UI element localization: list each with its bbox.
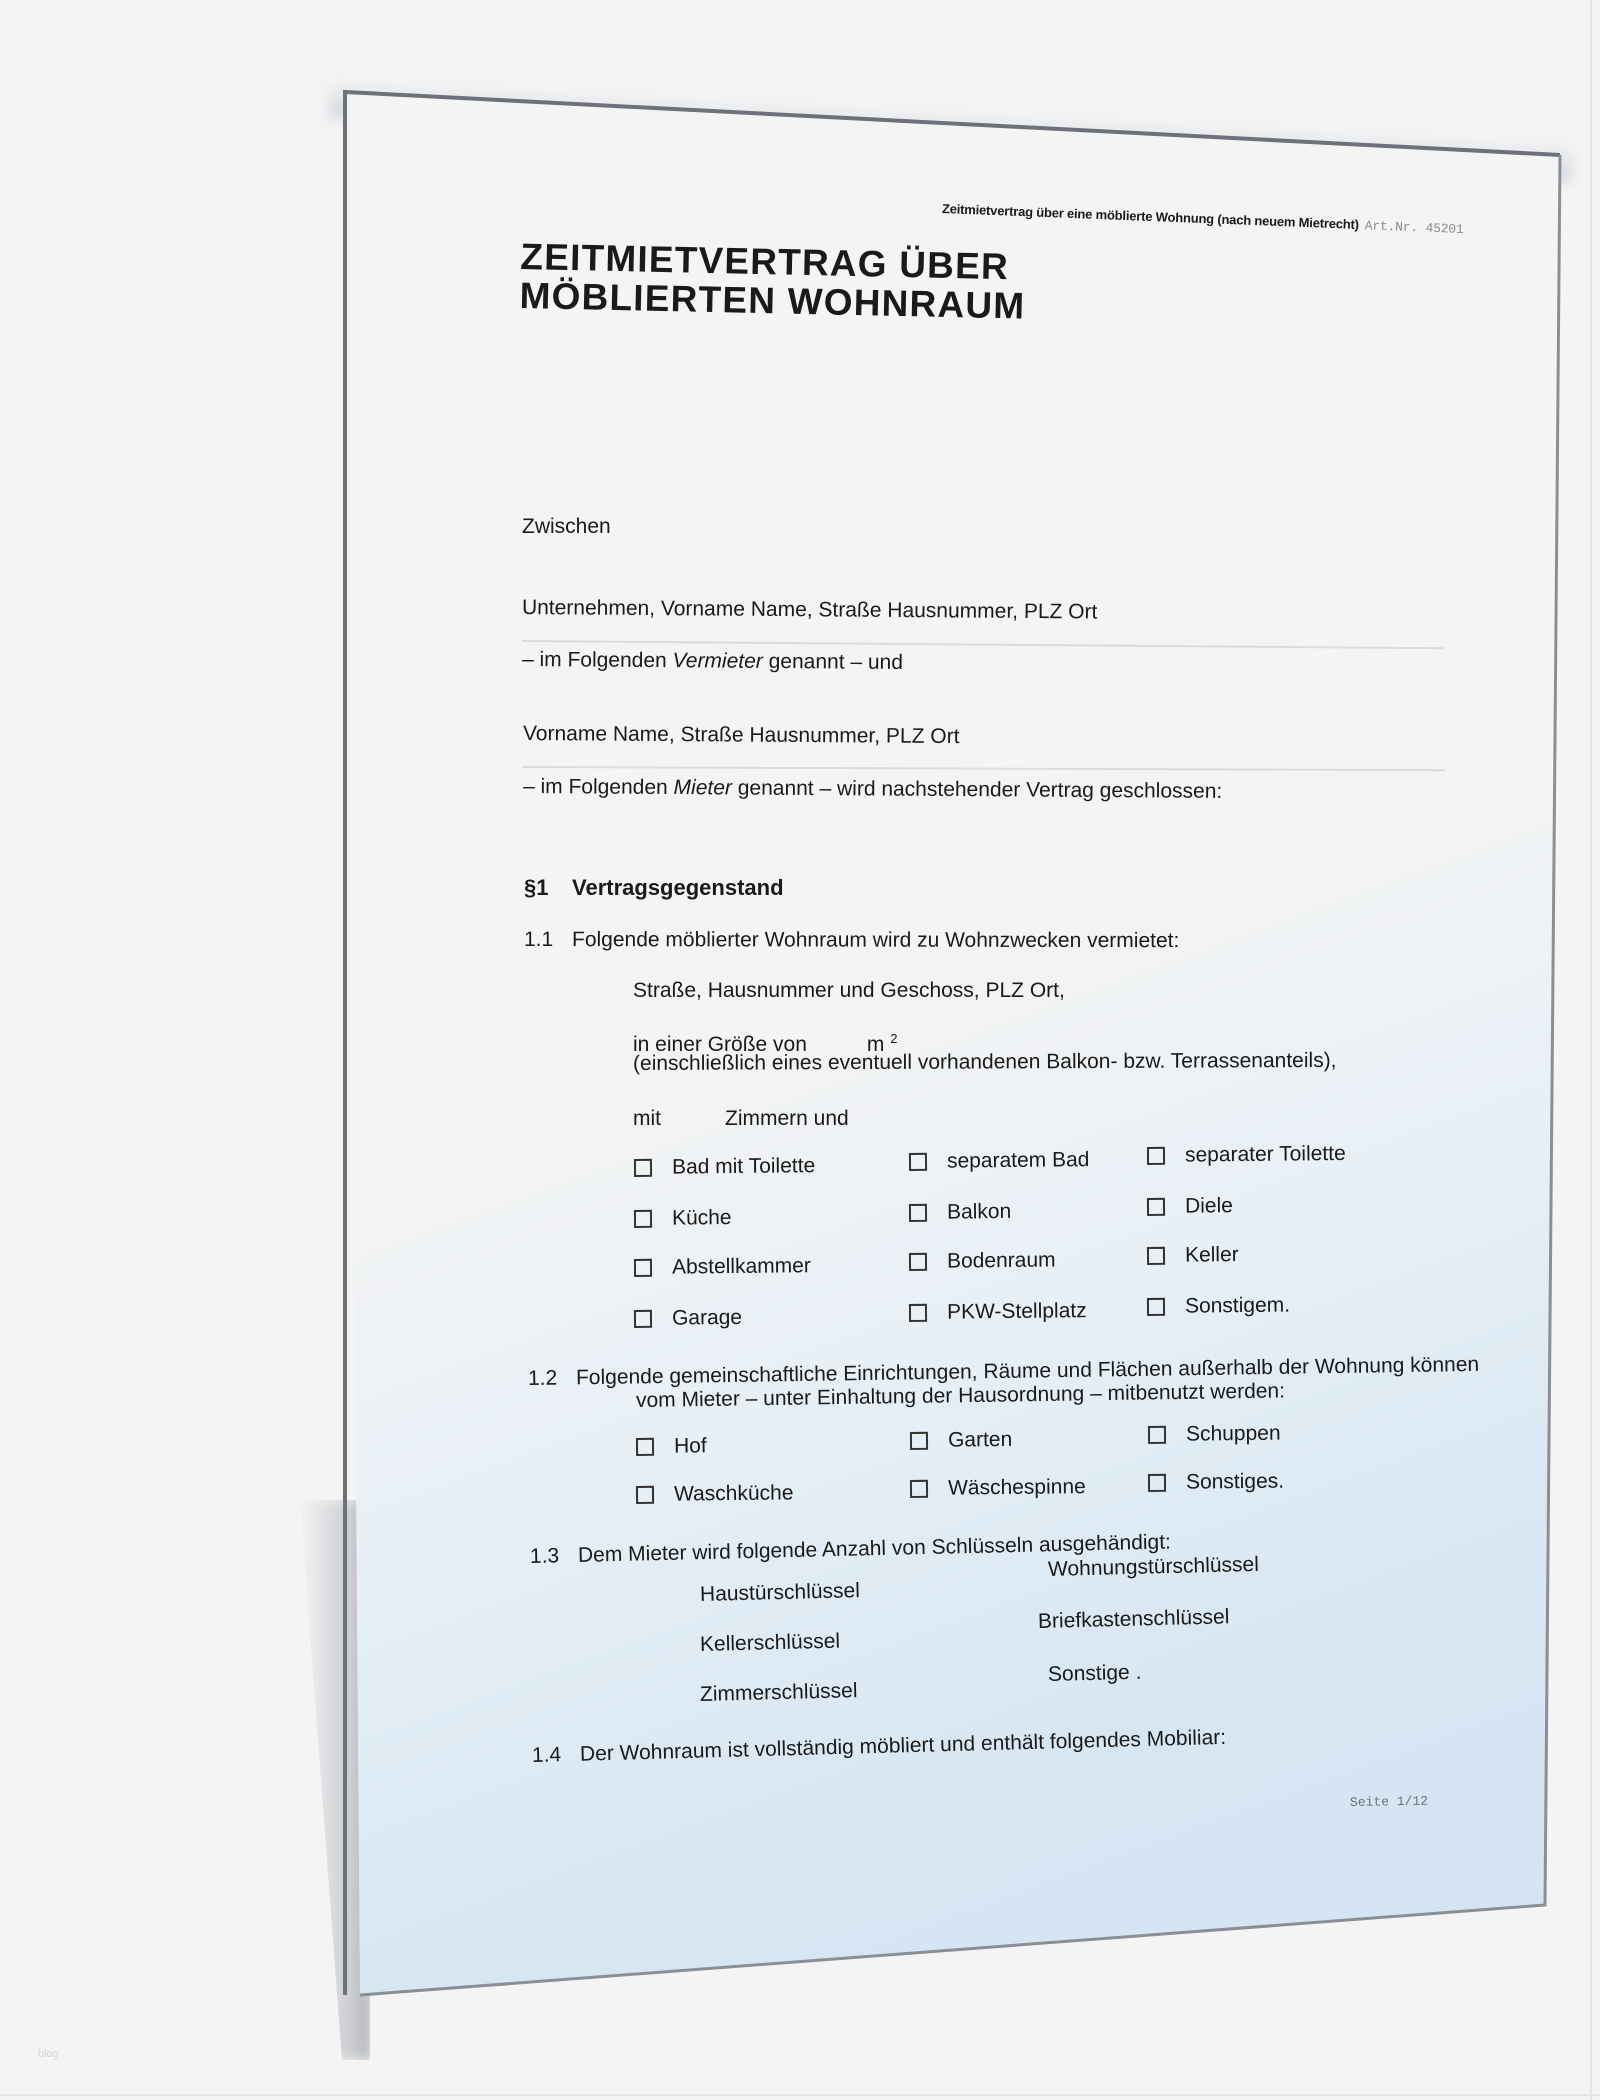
checkbox-icon[interactable] [1148, 1474, 1166, 1492]
checkbox-icon[interactable] [634, 1210, 652, 1228]
room-feature-item[interactable]: Bad mit Toilette [634, 1155, 815, 1178]
rooms-field: mitZimmern und [633, 1108, 849, 1129]
running-title: Zeitmietvertrag über eine möblierte Wohn… [942, 201, 1359, 232]
checkbox-icon[interactable] [1147, 1147, 1165, 1165]
checkbox-icon[interactable] [909, 1304, 927, 1322]
checkbox-icon[interactable] [909, 1153, 927, 1171]
clause-1-1: 1.1Folgende möblierter Wohnraum wird zu … [524, 929, 1179, 951]
checkbox-label: separatem Bad [947, 1148, 1090, 1172]
between-label: Zwischen [522, 516, 611, 537]
article-number: Art.Nr. 45201 [1364, 218, 1463, 237]
key-item: Zimmerschlüssel [700, 1680, 858, 1705]
document-content: Zeitmietvertrag über eine möblierte Wohn… [0, 0, 1600, 2100]
checkbox-label: Bad mit Toilette [672, 1154, 815, 1178]
room-feature-item[interactable]: Diele [1147, 1195, 1233, 1217]
checkbox-label: Hof [674, 1434, 707, 1457]
section-1-heading: §1Vertragsgegenstand [524, 877, 784, 899]
key-item: Sonstige . [1048, 1662, 1142, 1685]
landlord-note: – im Folgenden Vermieter genannt – und [522, 649, 903, 673]
key-item: Haustürschlüssel [700, 1580, 860, 1605]
checkbox-icon[interactable] [1147, 1198, 1165, 1216]
shared-facility-item[interactable]: Schuppen [1148, 1423, 1281, 1445]
tenant-field-line [523, 766, 1445, 771]
running-header: Zeitmietvertrag über eine möblierte Wohn… [942, 202, 1464, 236]
key-item: Kellerschlüssel [700, 1631, 841, 1655]
checkbox-label: Abstellkammer [672, 1254, 811, 1278]
room-feature-item[interactable]: Sonstigem. [1147, 1295, 1290, 1317]
checkbox-icon[interactable] [634, 1310, 652, 1328]
shared-facility-item[interactable]: Hof [636, 1435, 707, 1457]
checkbox-label: Küche [672, 1206, 732, 1230]
page-indicator: Seite 1/12 [1350, 1795, 1428, 1809]
checkbox-label: PKW-Stellplatz [947, 1299, 1087, 1323]
watermark: blog [38, 2048, 59, 2060]
room-feature-item[interactable]: separatem Bad [909, 1149, 1090, 1172]
tenant-role: Mieter [674, 776, 733, 799]
room-feature-item[interactable]: Bodenraum [909, 1249, 1056, 1272]
checkbox-icon[interactable] [634, 1159, 652, 1177]
checkbox-label: Diele [1185, 1194, 1233, 1217]
checkbox-icon[interactable] [909, 1253, 927, 1271]
checkbox-icon[interactable] [910, 1480, 928, 1498]
checkbox-icon[interactable] [1147, 1247, 1165, 1265]
landlord-role: Vermieter [672, 649, 762, 673]
checkbox-icon[interactable] [909, 1204, 927, 1222]
shared-facility-item[interactable]: Garten [910, 1429, 1012, 1451]
landlord-field[interactable]: Unternehmen, Vorname Name, Straße Hausnu… [522, 597, 1098, 623]
checkbox-icon[interactable] [1148, 1426, 1166, 1444]
checkbox-icon[interactable] [636, 1486, 654, 1504]
room-feature-item[interactable]: Küche [634, 1207, 732, 1229]
room-feature-item[interactable]: Balkon [909, 1201, 1011, 1223]
title-line-2: MÖBLIERTEN WOHNRAUM [519, 277, 1026, 326]
clause-1-4: 1.4Der Wohnraum ist vollständig möbliert… [532, 1727, 1227, 1766]
checkbox-icon[interactable] [634, 1259, 652, 1277]
key-item: Wohnungstürschlüssel [1048, 1554, 1259, 1580]
room-feature-item[interactable]: Garage [634, 1307, 742, 1329]
landlord-field-line [522, 640, 1444, 649]
room-feature-item[interactable]: Keller [1147, 1244, 1239, 1266]
checkbox-label: separater Toilette [1185, 1142, 1346, 1167]
checkbox-label: Bodenraum [947, 1248, 1056, 1272]
room-feature-item[interactable]: PKW-Stellplatz [909, 1300, 1087, 1323]
checkbox-label: Schuppen [1186, 1422, 1281, 1446]
checkbox-label: Balkon [947, 1200, 1011, 1224]
room-feature-item[interactable]: Abstellkammer [634, 1255, 811, 1278]
property-address-field[interactable]: Straße, Hausnummer und Geschoss, PLZ Ort… [633, 980, 1065, 1001]
checkbox-label: Wäschespinne [948, 1475, 1086, 1499]
shared-facility-item[interactable]: Waschküche [636, 1482, 794, 1505]
checkbox-label: Keller [1185, 1243, 1239, 1267]
checkbox-icon[interactable] [910, 1432, 928, 1450]
document-title: ZEITMIETVERTRAG ÜBER MÖBLIERTEN WOHNRAUM [519, 238, 1026, 326]
room-feature-item[interactable]: separater Toilette [1147, 1143, 1346, 1166]
tenant-note: – im Folgenden Mieter genannt – wird nac… [523, 776, 1222, 802]
shared-facility-item[interactable]: Wäschespinne [910, 1476, 1086, 1499]
key-item: Briefkastenschlüssel [1038, 1606, 1230, 1632]
size-note: (einschließlich eines eventuell vorhande… [633, 1050, 1337, 1074]
checkbox-label: Waschküche [674, 1481, 794, 1505]
checkbox-label: Garten [948, 1428, 1012, 1452]
checkbox-icon[interactable] [636, 1438, 654, 1456]
checkbox-label: Sonstigem. [1185, 1294, 1290, 1318]
checkbox-label: Garage [672, 1306, 742, 1330]
checkbox-icon[interactable] [1147, 1298, 1165, 1316]
tenant-field[interactable]: Vorname Name, Straße Hausnummer, PLZ Ort [523, 723, 960, 747]
shared-facility-item[interactable]: Sonstiges. [1148, 1471, 1284, 1493]
checkbox-label: Sonstiges. [1186, 1470, 1284, 1494]
